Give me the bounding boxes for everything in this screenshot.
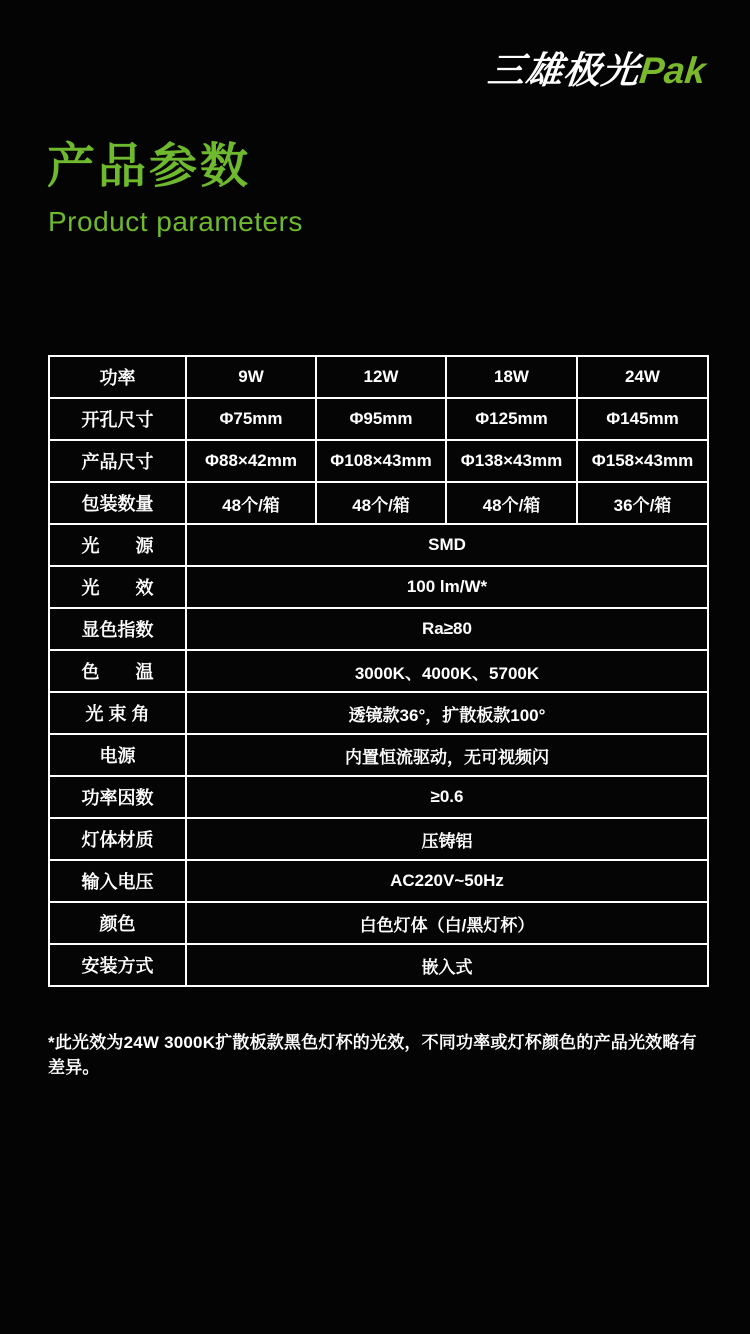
cell-value: 18W <box>446 356 577 398</box>
cell-value: 内置恒流驱动，无可视频闪 <box>186 734 708 776</box>
table-row-installation: 安装方式 嵌入式 <box>49 944 708 986</box>
cell-value: 嵌入式 <box>186 944 708 986</box>
table-row-color-temperature: 色 温 3000K、4000K、5700K <box>49 650 708 692</box>
row-label: 颜色 <box>49 902 186 944</box>
table-row-power: 功率 9W 12W 18W 24W <box>49 356 708 398</box>
cell-value: Φ108×43mm <box>316 440 446 482</box>
table-row-cri: 显色指数 Ra≥80 <box>49 608 708 650</box>
table-row-power-supply: 电源 内置恒流驱动，无可视频闪 <box>49 734 708 776</box>
table-row-light-source: 光 源 SMD <box>49 524 708 566</box>
table-row-input-voltage: 输入电压 AC220V~50Hz <box>49 860 708 902</box>
cell-value: 9W <box>186 356 316 398</box>
row-label: 开孔尺寸 <box>49 398 186 440</box>
footnote-text: *此光效为24W 3000K扩散板款黑色灯杯的光效，不同功率或灯杯颜色的产品光效… <box>48 1028 708 1078</box>
page-title: 产品参数 <box>47 141 251 194</box>
cell-value: 24W <box>577 356 708 398</box>
cell-value: 36个/箱 <box>577 482 708 524</box>
row-label: 光 效 <box>49 566 186 608</box>
cell-value: Φ88×42mm <box>186 440 316 482</box>
row-label: 显色指数 <box>49 608 186 650</box>
row-label: 输入电压 <box>49 860 186 902</box>
cell-value: Φ125mm <box>446 398 577 440</box>
cell-value: AC220V~50Hz <box>186 860 708 902</box>
brand-logo: 三雄极光Pak <box>485 40 709 94</box>
cell-value: Φ138×43mm <box>446 440 577 482</box>
cell-value: 48个/箱 <box>446 482 577 524</box>
cell-value: SMD <box>186 524 708 566</box>
page-subtitle: Product parameters <box>48 206 303 238</box>
cell-value: 压铸铝 <box>186 818 708 860</box>
row-label: 光 束 角 <box>49 692 186 734</box>
row-label: 光 源 <box>49 524 186 566</box>
row-label: 产品尺寸 <box>49 440 186 482</box>
row-label: 功率 <box>49 356 186 398</box>
table-row-product-size: 产品尺寸 Φ88×42mm Φ108×43mm Φ138×43mm Φ158×4… <box>49 440 708 482</box>
product-parameters-page: 三雄极光Pak 产品参数 Product parameters 功率 9W 12… <box>0 0 750 1334</box>
cell-value: 100 lm/W* <box>186 566 708 608</box>
row-label: 功率因数 <box>49 776 186 818</box>
cell-value: Φ75mm <box>186 398 316 440</box>
cell-value: ≥0.6 <box>186 776 708 818</box>
cell-value: 3000K、4000K、5700K <box>186 650 708 692</box>
brand-logo-latin: Pak <box>638 50 708 91</box>
table-row-power-factor: 功率因数 ≥0.6 <box>49 776 708 818</box>
brand-logo-chinese: 三雄极光 <box>486 50 642 91</box>
table-row-packing-qty: 包装数量 48个/箱 48个/箱 48个/箱 36个/箱 <box>49 482 708 524</box>
cell-value: Φ158×43mm <box>577 440 708 482</box>
cell-value: Φ95mm <box>316 398 446 440</box>
cell-value: 白色灯体（白/黑灯杯） <box>186 902 708 944</box>
cell-value: Ra≥80 <box>186 608 708 650</box>
spec-table: 功率 9W 12W 18W 24W 开孔尺寸 Φ75mm Φ95mm Φ125m… <box>48 355 709 987</box>
cell-value: 12W <box>316 356 446 398</box>
row-label: 色 温 <box>49 650 186 692</box>
cell-value: 透镜款36°，扩散板款100° <box>186 692 708 734</box>
table-row-beam-angle: 光 束 角 透镜款36°，扩散板款100° <box>49 692 708 734</box>
cell-value: Φ145mm <box>577 398 708 440</box>
row-label: 灯体材质 <box>49 818 186 860</box>
table-row-color: 颜色 白色灯体（白/黑灯杯） <box>49 902 708 944</box>
table-row-cutout-size: 开孔尺寸 Φ75mm Φ95mm Φ125mm Φ145mm <box>49 398 708 440</box>
cell-value: 48个/箱 <box>186 482 316 524</box>
table-row-body-material: 灯体材质 压铸铝 <box>49 818 708 860</box>
cell-value: 48个/箱 <box>316 482 446 524</box>
table-row-luminous-efficacy: 光 效 100 lm/W* <box>49 566 708 608</box>
row-label: 电源 <box>49 734 186 776</box>
row-label: 安装方式 <box>49 944 186 986</box>
row-label: 包装数量 <box>49 482 186 524</box>
